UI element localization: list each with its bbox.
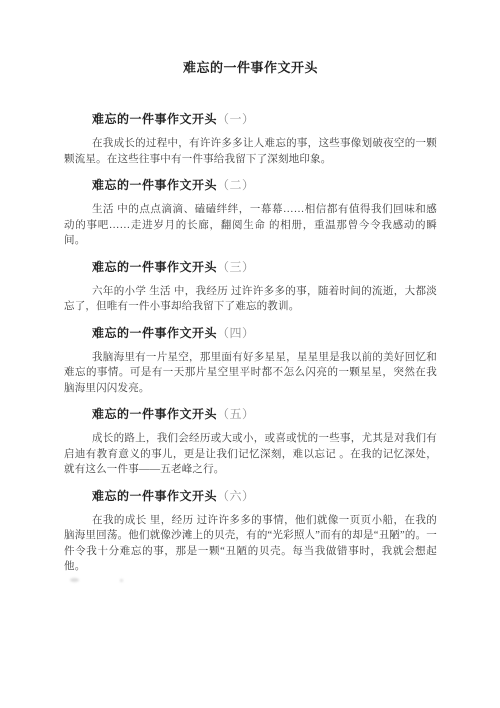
section-number: （一） <box>217 112 255 126</box>
faint-smudge <box>70 577 126 583</box>
section-number: （六） <box>217 489 255 503</box>
section-heading-text: 难忘的一件事作文开头 <box>92 178 217 192</box>
document-title: 难忘的一件事作文开头 <box>64 58 437 78</box>
essay-section: 难忘的一件事作文开头（四） 我脑海里有一片星空，那里面有好多星星，星星里是我以前… <box>64 325 437 397</box>
section-heading-text: 难忘的一件事作文开头 <box>92 326 217 340</box>
section-paragraph: 在我的成长 里，经历 过许许多多的事情，他们就像一页页小船，在我的脑海里回荡。他… <box>64 513 437 575</box>
essay-section: 难忘的一件事作文开头（六） 在我的成长 里，经历 过许许多多的事情，他们就像一页… <box>64 488 437 575</box>
essay-section: 难忘的一件事作文开头（一） 在我成长的过程中，有许许多多让人难忘的事，这些事像划… <box>64 111 437 167</box>
section-heading: 难忘的一件事作文开头（五） <box>64 406 437 422</box>
section-heading: 难忘的一件事作文开头（一） <box>64 111 437 127</box>
section-heading: 难忘的一件事作文开头（六） <box>64 488 437 504</box>
section-paragraph: 生活 中的点点滴滴、磕磕绊绊，一幕幕……相信都有值得我们回味和感动的事吧……走进… <box>64 202 437 249</box>
section-paragraph: 成长的路上，我们会经历或大或小，或喜或忧的一些事，尤其是对我们有启迪有教育意义的… <box>64 431 437 478</box>
section-heading: 难忘的一件事作文开头（二） <box>64 177 437 193</box>
section-paragraph: 六年的小学 生活 中，我经历 过许许多多的事，随着时间的流逝，大都淡忘了，但唯有… <box>64 284 437 315</box>
essay-section: 难忘的一件事作文开头（五） 成长的路上，我们会经历或大或小，或喜或忧的一些事，尤… <box>64 406 437 478</box>
section-heading-text: 难忘的一件事作文开头 <box>92 260 217 274</box>
section-heading: 难忘的一件事作文开头（三） <box>64 259 437 275</box>
section-heading: 难忘的一件事作文开头（四） <box>64 325 437 341</box>
section-paragraph: 在我成长的过程中，有许许多多让人难忘的事，这些事像划破夜空的一颗颗流星。在这些往… <box>64 136 437 167</box>
section-heading-text: 难忘的一件事作文开头 <box>92 407 217 421</box>
section-number: （四） <box>217 326 255 340</box>
section-number: （三） <box>217 260 255 274</box>
essay-section: 难忘的一件事作文开头（三） 六年的小学 生活 中，我经历 过许许多多的事，随着时… <box>64 259 437 315</box>
sections-container: 难忘的一件事作文开头（一） 在我成长的过程中，有许许多多让人难忘的事，这些事像划… <box>64 111 437 575</box>
section-number: （二） <box>217 178 255 192</box>
section-number: （五） <box>217 407 255 421</box>
section-paragraph: 我脑海里有一片星空，那里面有好多星星，星星里是我以前的美好回忆和难忘的事情。可是… <box>64 350 437 397</box>
document-page: 难忘的一件事作文开头 难忘的一件事作文开头（一） 在我成长的过程中，有许许多多让… <box>0 0 500 708</box>
section-heading-text: 难忘的一件事作文开头 <box>92 112 217 126</box>
section-heading-text: 难忘的一件事作文开头 <box>92 489 217 503</box>
essay-section: 难忘的一件事作文开头（二） 生活 中的点点滴滴、磕磕绊绊，一幕幕……相信都有值得… <box>64 177 437 249</box>
